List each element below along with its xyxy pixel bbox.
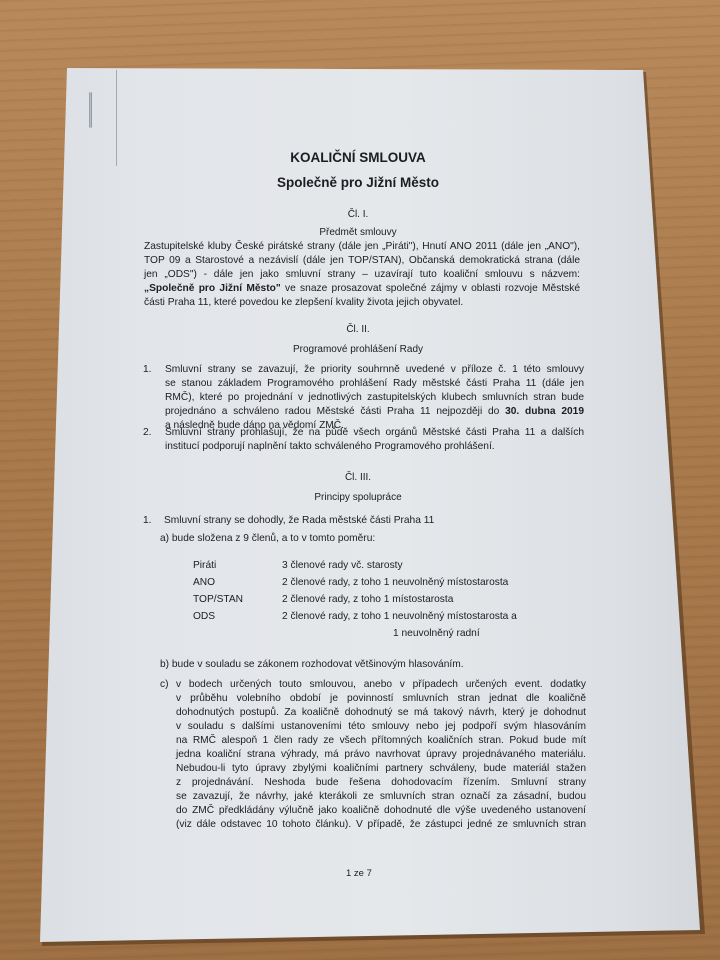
coalition-name: „Společně pro Jižní Město" [144, 283, 281, 294]
party-name: ANO [193, 576, 215, 590]
article-3-item-1-b: b) bude v souladu se zákonem rozhodovat … [160, 658, 580, 672]
article-2-item-1: Smluvní strany se zavazují, že priority … [165, 363, 584, 433]
party-name: TOP/STAN [193, 593, 243, 607]
article-1-heading: Předmět smlouvy [140, 227, 576, 238]
article-3-item-1-c: v bodech určených touto smlouvou, anebo … [176, 678, 586, 832]
page-number: 1 ze 7 [346, 868, 372, 879]
party-members-continued: 1 neuvolněný radní [393, 627, 480, 641]
article-2-item-1-number: 1. [143, 363, 152, 377]
article-3-item-1-number: 1. [143, 514, 152, 528]
document-page: KOALIČNÍ SMLOUVA Společně pro Jižní Měst… [0, 0, 720, 960]
intro-line: části Praha 11, které povedou ke zlepšen… [144, 296, 580, 310]
article-1-intro: Zastupitelské kluby České pirátské stran… [144, 240, 580, 310]
document-title: KOALIČNÍ SMLOUVA [140, 150, 576, 165]
intro-line: jen „ODS") - dále jen jako smluvní stran… [144, 268, 580, 282]
article-3-item-1-a: a) bude složena z 9 členů, a to v tomto … [160, 532, 580, 546]
party-members: 3 členové rady vč. starosty [282, 559, 403, 573]
party-members: 2 členové rady, z toho 1 neuvolněný míst… [282, 610, 517, 624]
party-members: 2 členové rady, z toho 1 místostarosta [282, 593, 453, 607]
intro-line-with-name: „Společně pro Jižní Město" ve snaze pros… [144, 282, 580, 296]
intro-line: Zastupitelské kluby České pirátské stran… [144, 240, 580, 254]
party-name: ODS [193, 610, 215, 624]
article-1-number: Čl. I. [140, 209, 576, 220]
article-2-item-2: Smluvní strany prohlašují, že na půdě vš… [165, 426, 584, 454]
article-3-heading: Principy spolupráce [140, 492, 576, 503]
article-3-item-1-c-label: c) [160, 678, 169, 692]
article-2-heading: Programové prohlášení Rady [140, 344, 576, 355]
party-name: Piráti [193, 559, 216, 573]
article-2-number: Čl. II. [140, 324, 576, 335]
intro-line: TOP 09 a Starostové a nezávislí (dále je… [144, 254, 580, 268]
article-2-item-2-number: 2. [143, 426, 152, 440]
article-3-item-1-text: Smluvní strany se dohodly, že Rada městs… [164, 514, 584, 528]
document-subtitle: Společně pro Jižní Město [140, 175, 576, 190]
article-3-number: Čl. III. [140, 472, 576, 483]
party-members: 2 členové rady, z toho 1 neuvolněný míst… [282, 576, 508, 590]
deadline-date: 30. dubna 2019 [505, 406, 584, 417]
